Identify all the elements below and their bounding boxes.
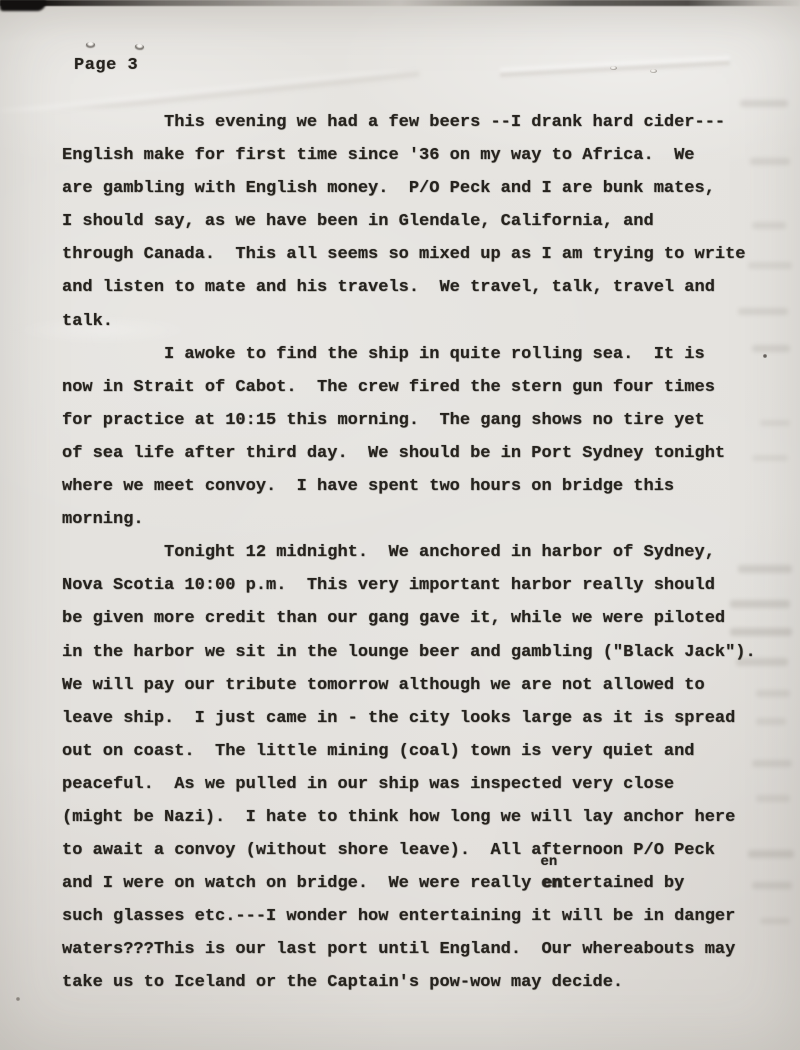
ghost-text-smudge xyxy=(738,565,792,573)
typed-line: to await a convoy (without shore leave).… xyxy=(62,834,756,867)
ghost-text-smudge xyxy=(756,690,790,697)
staple-mark xyxy=(86,42,95,47)
typed-line: peaceful. As we pulled in our ship was i… xyxy=(62,768,756,801)
scan-corner-artifact xyxy=(0,0,46,11)
typed-line: for practice at 10:15 this morning. The … xyxy=(62,404,756,437)
typed-line: Tonight 12 midnight. We anchored in harb… xyxy=(62,536,756,569)
typed-line: talk. xyxy=(62,305,756,338)
typed-line: are gambling with English money. P/O Pec… xyxy=(62,172,756,205)
ghost-text-smudge xyxy=(736,658,788,666)
typed-line: I awoke to find the ship in quite rollin… xyxy=(62,338,756,371)
overstrike-correction: en xyxy=(540,855,557,869)
typed-line: of sea life after third day. We should b… xyxy=(62,437,756,470)
typed-line: where we meet convoy. I have spent two h… xyxy=(62,470,756,503)
ghost-text-smudge xyxy=(748,850,794,858)
typed-line: leave ship. I just came in - the city lo… xyxy=(62,702,756,735)
typed-line: I should say, as we have been in Glendal… xyxy=(62,205,756,238)
ghost-text-smudge xyxy=(760,918,790,924)
ghost-text-smudge xyxy=(752,455,788,461)
typed-line: This evening we had a few beers --I dran… xyxy=(62,106,756,139)
typed-line: be given more credit than our gang gave … xyxy=(62,602,756,635)
ghost-text-smudge xyxy=(756,718,786,725)
ghost-text-smudge xyxy=(738,308,788,315)
ghost-text-smudge xyxy=(750,158,790,165)
ghost-text-smudge xyxy=(752,760,792,767)
typed-line: (might be Nazi). I hate to think how lon… xyxy=(62,801,756,834)
typed-line: in the harbor we sit in the lounge beer … xyxy=(62,636,756,669)
typed-line: and I were on watch on bridge. We were r… xyxy=(62,867,756,900)
typed-line: morning. xyxy=(62,503,756,536)
typed-line: Nova Scotia 10:00 p.m. This very importa… xyxy=(62,569,756,602)
ghost-text-smudge xyxy=(752,882,792,889)
ghost-text-smudge xyxy=(752,222,786,229)
ghost-text-smudge xyxy=(730,628,792,636)
paper-speck xyxy=(650,69,657,73)
typed-line: through Canada. This all seems so mixed … xyxy=(62,238,756,271)
paper-speck xyxy=(16,997,20,1001)
typed-text-body: This evening we had a few beers --I dran… xyxy=(62,106,756,1000)
ghost-text-smudge xyxy=(760,420,790,426)
typed-line: English make for first time since '36 on… xyxy=(62,139,756,172)
ghost-text-smudge xyxy=(756,795,790,802)
paper-crease xyxy=(500,50,730,80)
scanned-diary-page: Page 3 This evening we had a few beers -… xyxy=(0,0,800,1050)
typed-line: now in Strait of Cabot. The crew fired t… xyxy=(62,371,756,404)
typed-line: We will pay our tribute tomorrow althoug… xyxy=(62,669,756,702)
typed-line: take us to Iceland or the Captain's pow-… xyxy=(62,966,756,999)
page-number-label: Page 3 xyxy=(74,56,138,75)
typed-line: out on coast. The little mining (coal) t… xyxy=(62,735,756,768)
paper-speck xyxy=(610,66,617,70)
scan-edge-artifact xyxy=(0,0,800,6)
paper-speck xyxy=(763,354,767,358)
ghost-text-smudge xyxy=(752,345,790,352)
staple-mark xyxy=(135,44,144,50)
typed-line: and listen to mate and his travels. We t… xyxy=(62,271,756,304)
typed-line: waters???This is our last port until Eng… xyxy=(62,933,756,966)
typed-line: such glasses etc.---I wonder how enterta… xyxy=(62,900,756,933)
ghost-text-smudge xyxy=(730,600,790,608)
ghost-text-smudge xyxy=(740,100,788,107)
ghost-text-smudge xyxy=(748,262,792,269)
overstruck-word: enentertained xyxy=(541,867,653,900)
